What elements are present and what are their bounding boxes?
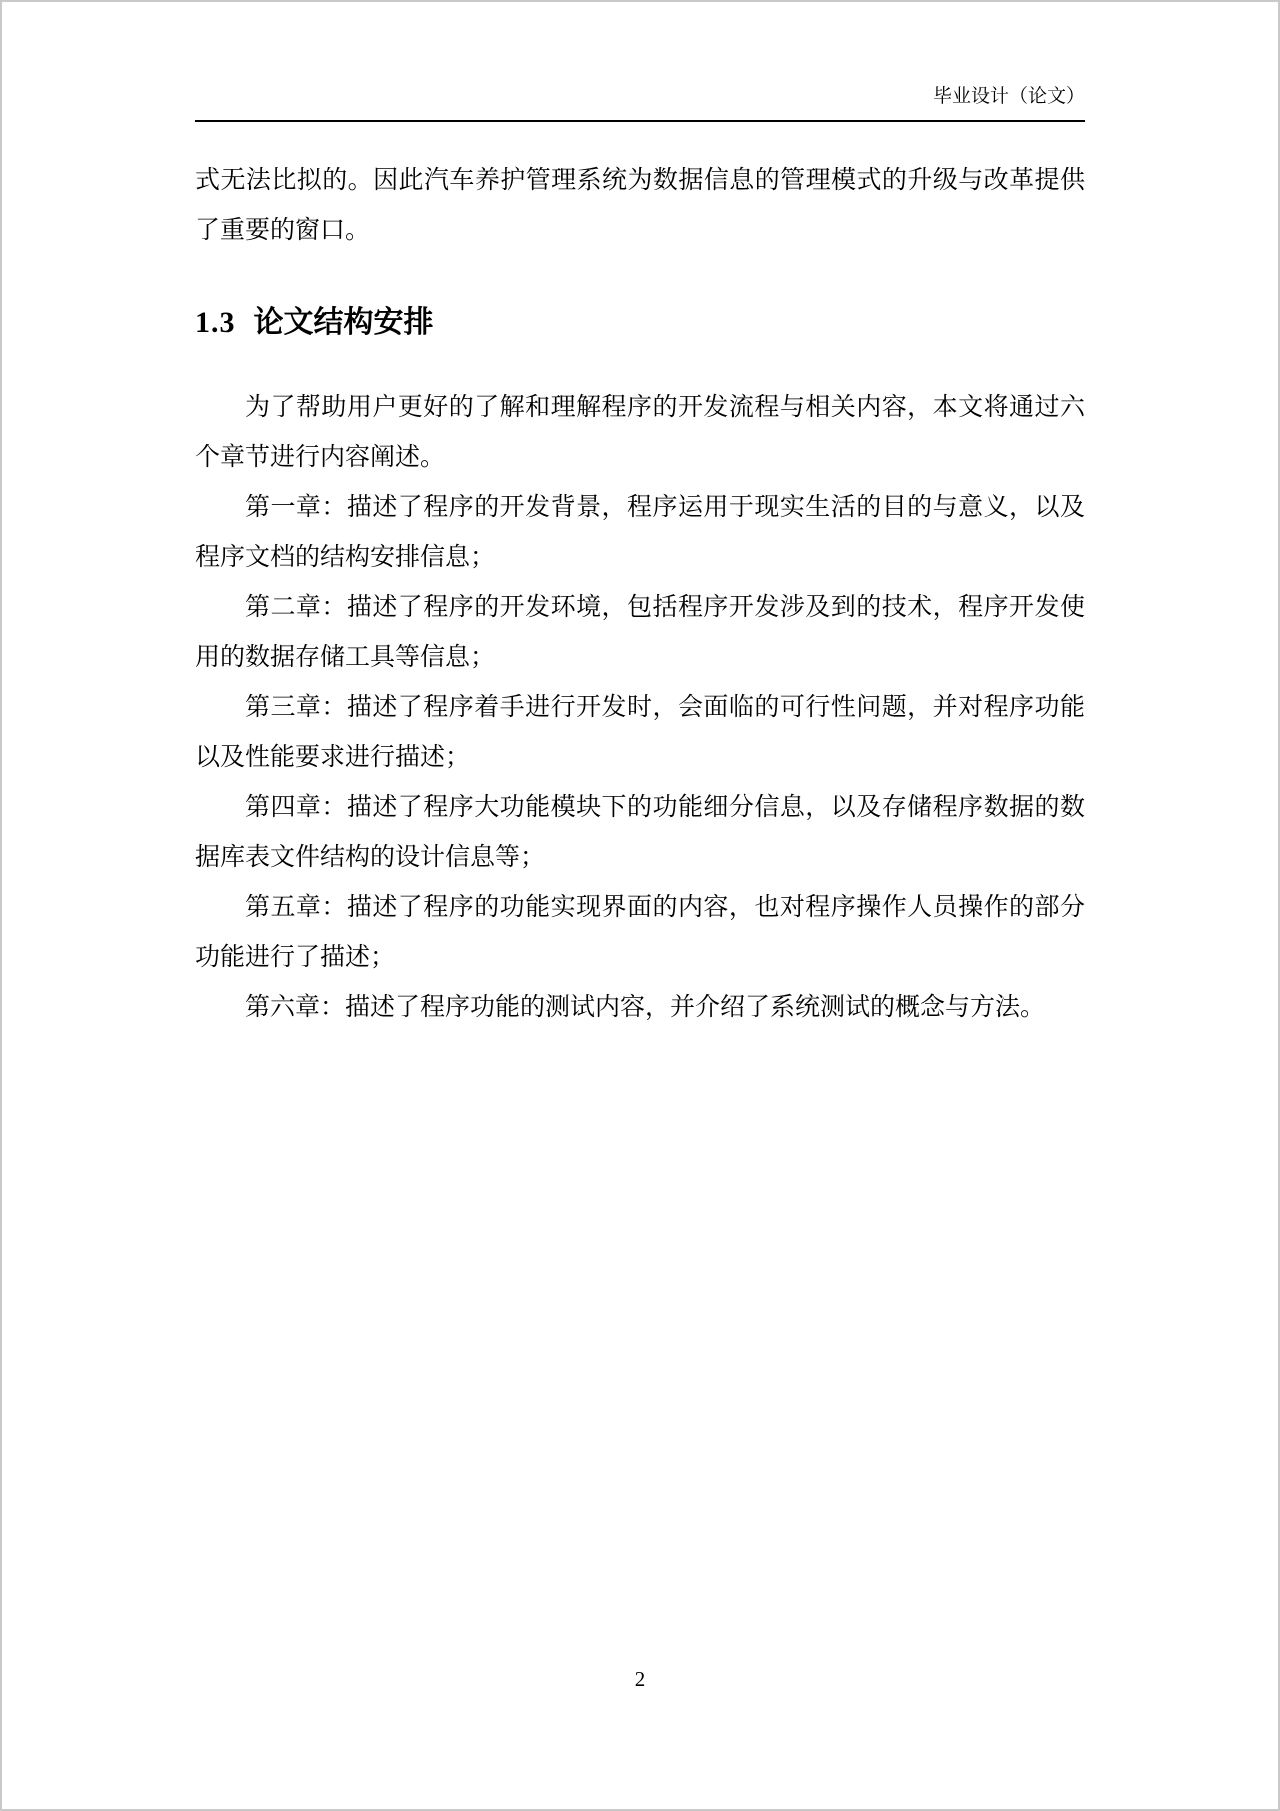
paragraph-chapter-5: 第五章：描述了程序的功能实现界面的内容，也对程序操作人员操作的部分功能进行了描述… (195, 883, 1085, 983)
document-body: 式无法比拟的。因此汽车养护管理系统为数据信息的管理模式的升级与改革提供了重要的窗… (195, 156, 1085, 1033)
section-number: 1.3 (195, 306, 236, 339)
section-title: 论文结构安排 (254, 306, 434, 339)
page-footer: 2 (2, 1666, 1278, 1692)
running-title: 毕业设计（论文） (933, 86, 1085, 107)
paragraph-chapter-1: 第一章：描述了程序的开发背景，程序运用于现实生活的目的与意义，以及程序文档的结构… (195, 483, 1085, 583)
page-header: 毕业设计（论文） (195, 2, 1085, 122)
paragraph-chapter-3: 第三章：描述了程序着手进行开发时，会面临的可行性问题，并对程序功能以及性能要求进… (195, 683, 1085, 783)
page-number: 2 (635, 1667, 646, 1691)
paragraph-chapter-6: 第六章：描述了程序功能的测试内容，并介绍了系统测试的概念与方法。 (195, 983, 1085, 1033)
paragraph-chapter-2: 第二章：描述了程序的开发环境，包括程序开发涉及到的技术，程序开发使用的数据存储工… (195, 583, 1085, 683)
paragraph-chapter-4: 第四章：描述了程序大功能模块下的功能细分信息，以及存储程序数据的数据库表文件结构… (195, 783, 1085, 883)
paragraph-continuation: 式无法比拟的。因此汽车养护管理系统为数据信息的管理模式的升级与改革提供了重要的窗… (195, 156, 1085, 256)
paragraph-intro: 为了帮助用户更好的了解和理解程序的开发流程与相关内容，本文将通过六个章节进行内容… (195, 383, 1085, 483)
document-page: 毕业设计（论文） 式无法比拟的。因此汽车养护管理系统为数据信息的管理模式的升级与… (0, 0, 1280, 1811)
section-heading: 1.3论文结构安排 (195, 303, 1085, 343)
